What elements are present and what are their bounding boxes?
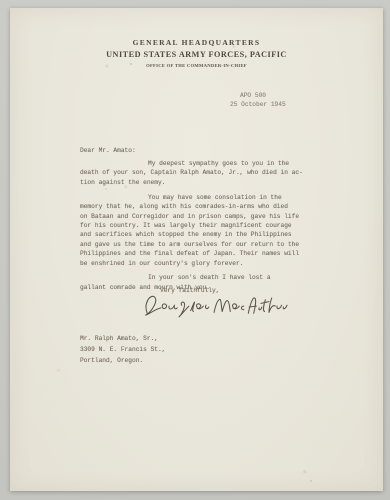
letterhead-line-2: UNITED STATES ARMY FORCES, PACIFIC [10, 48, 383, 61]
letterhead-line-3: OFFICE OF THE COMMANDER-IN-CHIEF [10, 61, 383, 71]
apo-number: APO 500 [230, 92, 286, 101]
address-line: 3309 N. E. Francis St., [80, 345, 165, 356]
body-line: and sacrifices which stopped the enemy i… [80, 230, 322, 239]
letter-paper: GENERAL HEADQUARTERS UNITED STATES ARMY … [10, 8, 383, 491]
body-line: and gave us the time to arm ourselves fo… [80, 240, 322, 249]
letter-date: 25 October 1945 [230, 101, 286, 110]
dateline: APO 500 25 October 1945 [230, 92, 286, 109]
address-line: Portland, Oregon. [80, 356, 165, 367]
salutation: Dear Mr. Amato: [80, 147, 136, 154]
body-line: memory that he, along with his comrades-… [80, 202, 322, 211]
macarthur-signature [134, 289, 296, 325]
paragraph-1: My deepest sympathy goes to you in the d… [80, 159, 322, 187]
body-line: In your son's death I have lost a [80, 273, 322, 282]
photo-background: GENERAL HEADQUARTERS UNITED STATES ARMY … [0, 0, 390, 500]
address-line: Mr. Ralph Amato, Sr., [80, 334, 165, 345]
paper-speck [105, 188, 107, 190]
paper-speck [130, 63, 132, 65]
body-line: death of your son, Captain Ralph Amato, … [80, 168, 322, 177]
letterhead: GENERAL HEADQUARTERS UNITED STATES ARMY … [10, 37, 383, 71]
body-line: tion against the enemy. [80, 178, 322, 187]
signature-ink-icon [134, 289, 296, 325]
body-line: You may have some consolation in the [80, 193, 322, 202]
body-line: Philippines and the final defeat of Japa… [80, 249, 322, 258]
body-line: for his country. It was largely their ma… [80, 221, 322, 230]
paragraph-2: You may have some consolation in the mem… [80, 193, 322, 268]
recipient-address: Mr. Ralph Amato, Sr., 3309 N. E. Francis… [80, 334, 165, 366]
letterhead-line-1: GENERAL HEADQUARTERS [10, 37, 383, 48]
letter-body: My deepest sympathy goes to you in the d… [80, 159, 322, 298]
body-line: My deepest sympathy goes to you in the [80, 159, 322, 168]
paper-speck [310, 480, 312, 482]
body-line: on Bataan and Corregidor and in prison c… [80, 212, 322, 221]
body-line: be enshrined in our country's glory fore… [80, 259, 322, 268]
